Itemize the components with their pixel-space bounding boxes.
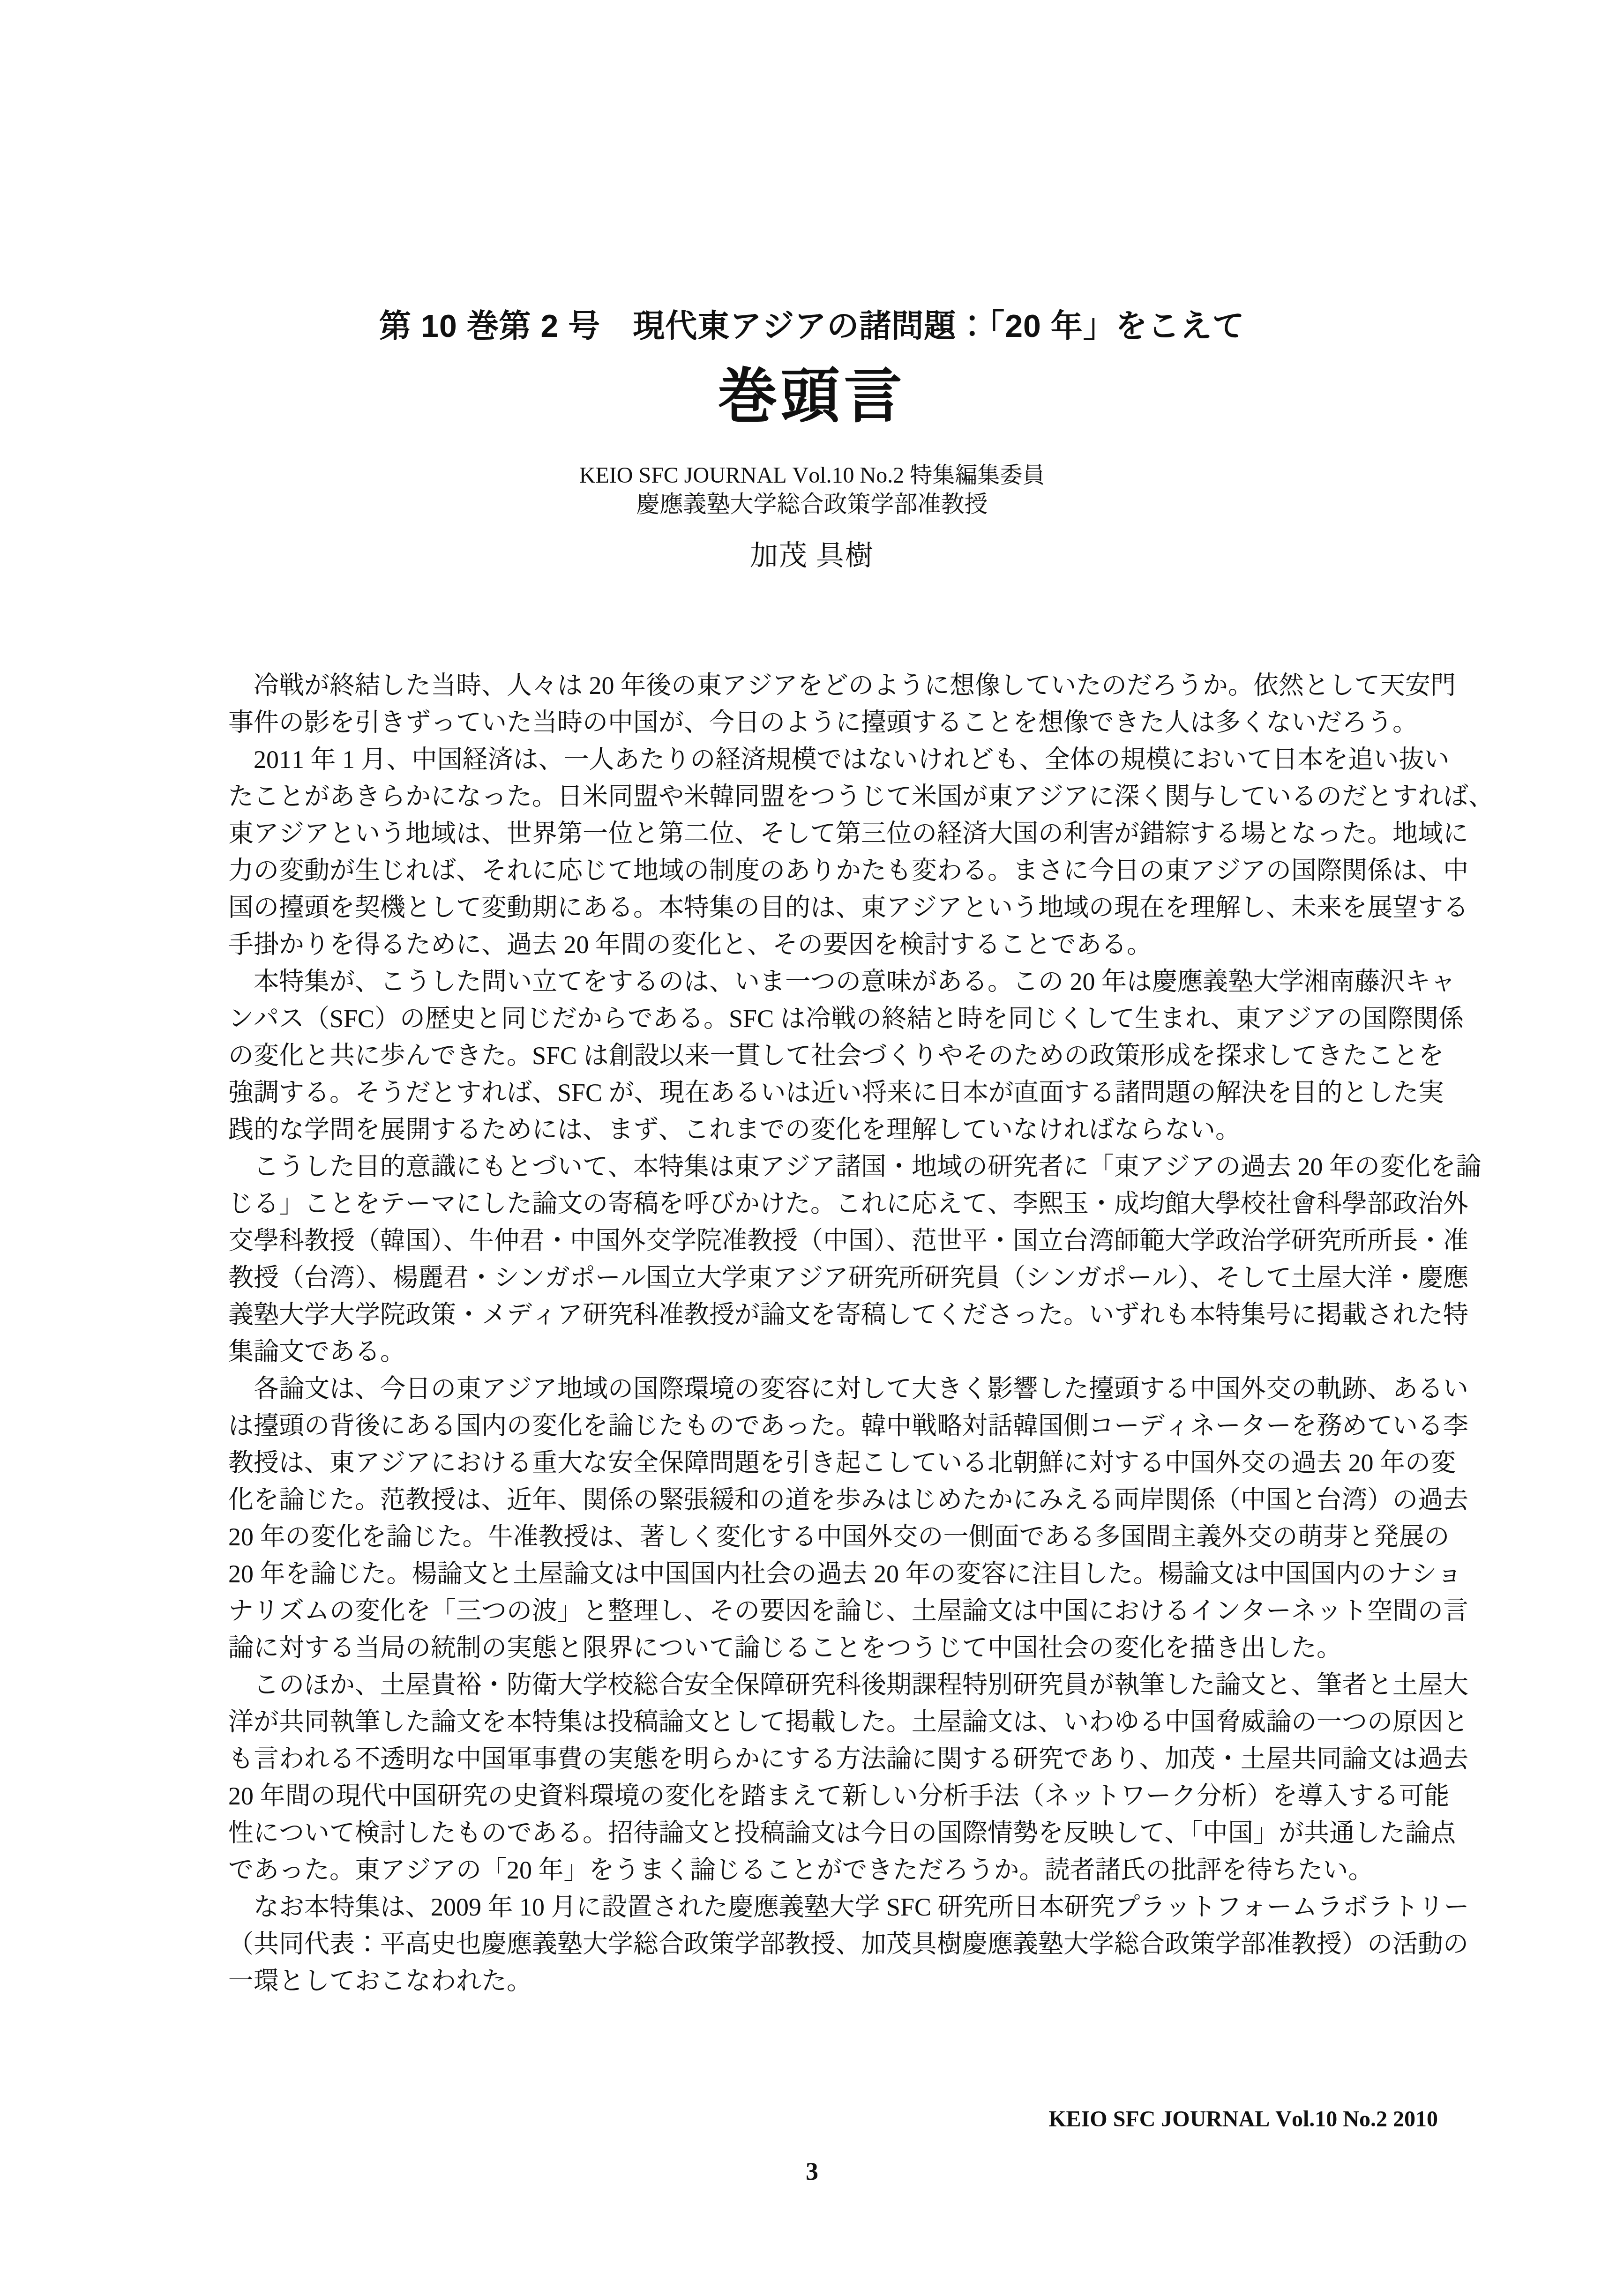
page-number: 3: [0, 2156, 1624, 2187]
editor-credit-line: KEIO SFC JOURNAL Vol.10 No.2 特集編集委員: [0, 462, 1624, 489]
body-paragraph-6: このほか、土屋貴裕・防衛大学校総合安全保障研究科後期課程特別研究員が執筆した論文…: [228, 1667, 1447, 1889]
page-title: 巻頭言: [0, 363, 1624, 431]
body-paragraph-2: 2011 年 1 月、中国経済は、一人あたりの経済規模ではないけれども、全体の規…: [228, 741, 1447, 963]
issue-header: 第 10 巻第 2 号 現代東アジアの諸問題：「20 年」をこえて: [0, 307, 1624, 346]
journal-footer-line: KEIO SFC JOURNAL Vol.10 No.2 2010: [1048, 2106, 1438, 2133]
body-paragraph-3: 本特集が、こうした問い立てをするのは、いま一つの意味がある。この 20 年は慶應…: [228, 963, 1447, 1148]
body-paragraph-1: 冷戦が終結した当時、人々は 20 年後の東アジアをどのように想像していたのだろう…: [228, 667, 1447, 741]
body-paragraph-5: 各論文は、今日の東アジア地域の国際環境の変容に対して大きく影響した擡頭する中国外…: [228, 1371, 1447, 1667]
body-paragraph-7: なお本特集は、2009 年 10 月に設置された慶應義塾大学 SFC 研究所日本…: [228, 1889, 1447, 2000]
article-body: 冷戦が終結した当時、人々は 20 年後の東アジアをどのように想像していたのだろう…: [228, 667, 1447, 2000]
author-name: 加茂 具樹: [0, 539, 1624, 573]
journal-page: 第 10 巻第 2 号 現代東アジアの諸問題：「20 年」をこえて 巻頭言 KE…: [0, 0, 1624, 2296]
body-paragraph-4: こうした目的意識にもとづいて、本特集は東アジア諸国・地域の研究者に「東アジアの過…: [228, 1148, 1447, 1371]
author-affiliation-line: 慶應義塾大学総合政策学部准教授: [0, 490, 1624, 518]
